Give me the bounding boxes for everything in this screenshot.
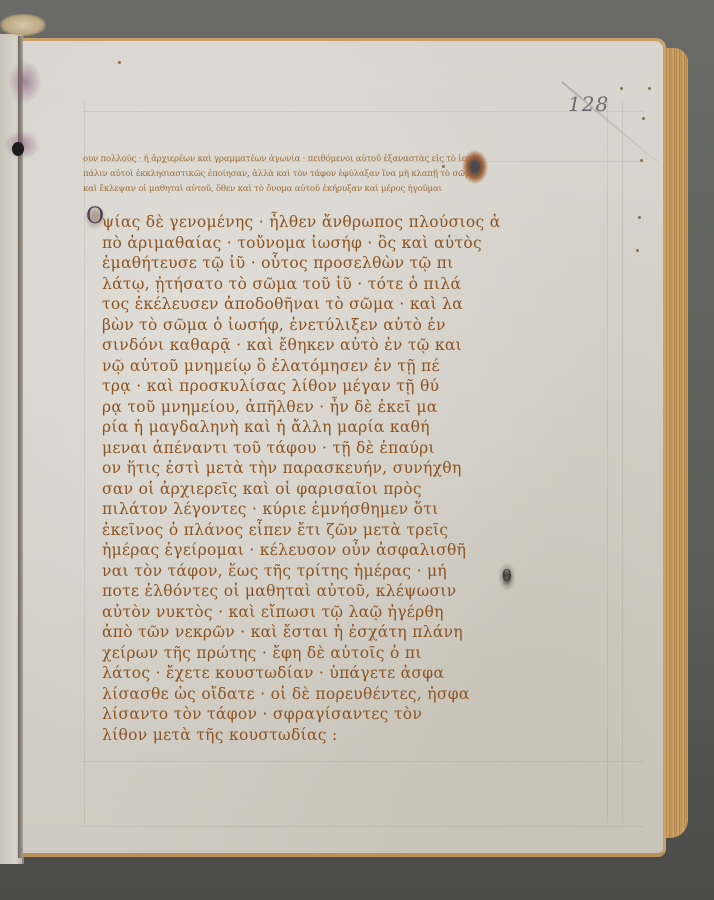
text-line: χείρων τῆς πρώτης · ἔφη δὲ αὐτοῖς ὁ πι — [102, 643, 484, 664]
marginal-section-mark: θ — [498, 562, 516, 592]
commentary-line: ουν πολλούς · ἡ ἀρχιερέων καὶ γραμματέων… — [83, 152, 515, 167]
ruling-line — [82, 111, 644, 112]
commentary-line: καὶ ἔκλεψαν οἱ μαθηταὶ αὐτοῦ, ὅθεν καὶ τ… — [83, 182, 515, 197]
text-line: πιλάτον λέγοντες · κύριε ἐμνήσθημεν ὅτι — [102, 499, 484, 520]
ruling-line — [82, 826, 644, 827]
ruling-line-vertical — [607, 101, 608, 823]
pricking-hole — [118, 61, 121, 64]
pricking-hole — [638, 216, 641, 219]
text-line: μεναι ἀπέναντι τοῦ τάφου · τῇ δὲ ἐπαύρι — [102, 438, 484, 459]
text-line: λάτος · ἔχετε κουστωδίαν · ὑπάγετε ἀσφα — [102, 663, 484, 684]
text-line: τρᾳ · καὶ προσκυλίσας λίθον μέγαν τῇ θύ — [102, 376, 484, 397]
pricking-hole — [642, 117, 645, 120]
folio-number: 128 — [568, 92, 609, 116]
binding-hole — [12, 142, 24, 156]
ink-stain — [8, 60, 42, 104]
oxidized-ink-mark — [462, 150, 488, 184]
text-line: ναι τὸν τάφον, ἕως τῆς τρίτης ἡμέρας · μ… — [102, 561, 484, 582]
text-line: ποτε ἐλθόντες οἱ μαθηταὶ αὐτοῦ, κλέψωσιν — [102, 581, 484, 602]
pricking-hole — [636, 249, 639, 252]
text-line: ἐκεῖνος ὁ πλάνος εἶπεν ἔτι ζῶν μετὰ τρεῖ… — [102, 520, 484, 541]
text-line: ἀπὸ τῶν νεκρῶν · καὶ ἔσται ἡ ἐσχάτη πλάν… — [102, 622, 484, 643]
text-line: σινδόνι καθαρᾷ · καὶ ἔθηκεν αὐτὸ ἐν τῷ κ… — [102, 335, 484, 356]
text-line: ψίας δὲ γενομένης · ἦλθεν ἄνθρωπος πλούσ… — [102, 212, 484, 233]
binding-thread — [0, 14, 46, 36]
text-line: ρᾳ τοῦ μνημείου, ἀπῆλθεν · ἦν δὲ ἐκεῖ μα — [102, 397, 484, 418]
text-line: λάτῳ, ᾐτήσατο τὸ σῶμα τοῦ ἰῦ · τότε ὁ πι… — [102, 274, 484, 295]
text-line: τος ἐκέλευσεν ἀποδοθῆναι τὸ σῶμα · καὶ λ… — [102, 294, 484, 315]
text-line: σαν οἱ ἀρχιερεῖς καὶ οἱ φαρισαῖοι πρὸς — [102, 479, 484, 500]
text-line: ρία ἡ μαγδαληνὴ καὶ ἡ ἄλλη μαρία καθή — [102, 417, 484, 438]
section-mark-glyph: θ — [502, 566, 512, 585]
text-line: ἐμαθήτευσε τῷ ἰῦ · οὗτος προσελθὼν τῷ πι — [102, 253, 484, 274]
text-line: αὐτὸν νυκτὸς · καὶ εἴπωσι τῷ λαῷ ἠγέρθη — [102, 602, 484, 623]
main-text-block: ψίας δὲ γενομένης · ἦλθεν ἄνθρωπος πλούσ… — [102, 212, 484, 745]
text-line: νῷ αὐτοῦ μνημείῳ ὃ ἐλατόμησεν ἐν τῇ πέ — [102, 356, 484, 377]
text-line: πὸ ἀριμαθαίας · τοὔνομα ἰωσήφ · ὃς καὶ α… — [102, 233, 484, 254]
text-line: λίσασθε ὡς οἴδατε · οἱ δὲ πορευθέντες, ἠ… — [102, 684, 484, 705]
text-line: ἡμέρας ἐγείρομαι · κέλευσον οὖν ἀσφαλισθ… — [102, 540, 484, 561]
ruling-line — [82, 761, 644, 762]
marginal-commentary: ουν πολλούς · ἡ ἀρχιερέων καὶ γραμματέων… — [83, 152, 515, 197]
text-line: βὼν τὸ σῶμα ὁ ἰωσήφ, ἐνετύλιξεν αὐτὸ ἐν — [102, 315, 484, 336]
pricking-hole — [620, 87, 623, 90]
text-line: ον ἥτις ἐστὶ μετὰ τὴν παρασκευήν, συνήχθ… — [102, 458, 484, 479]
commentary-line: πάλιν αὐτοὶ ἐκκλησιαστικῶς ἐποίησαν, ἀλλ… — [83, 167, 515, 182]
pricking-hole — [640, 159, 643, 162]
pricking-hole — [648, 87, 651, 90]
text-line: λίσαντο τὸν τάφον · σφραγίσαντες τὸν — [102, 704, 484, 725]
ruling-line-vertical — [622, 101, 623, 823]
text-line: λίθον μετὰ τῆς κουστωδίας : — [102, 725, 484, 746]
